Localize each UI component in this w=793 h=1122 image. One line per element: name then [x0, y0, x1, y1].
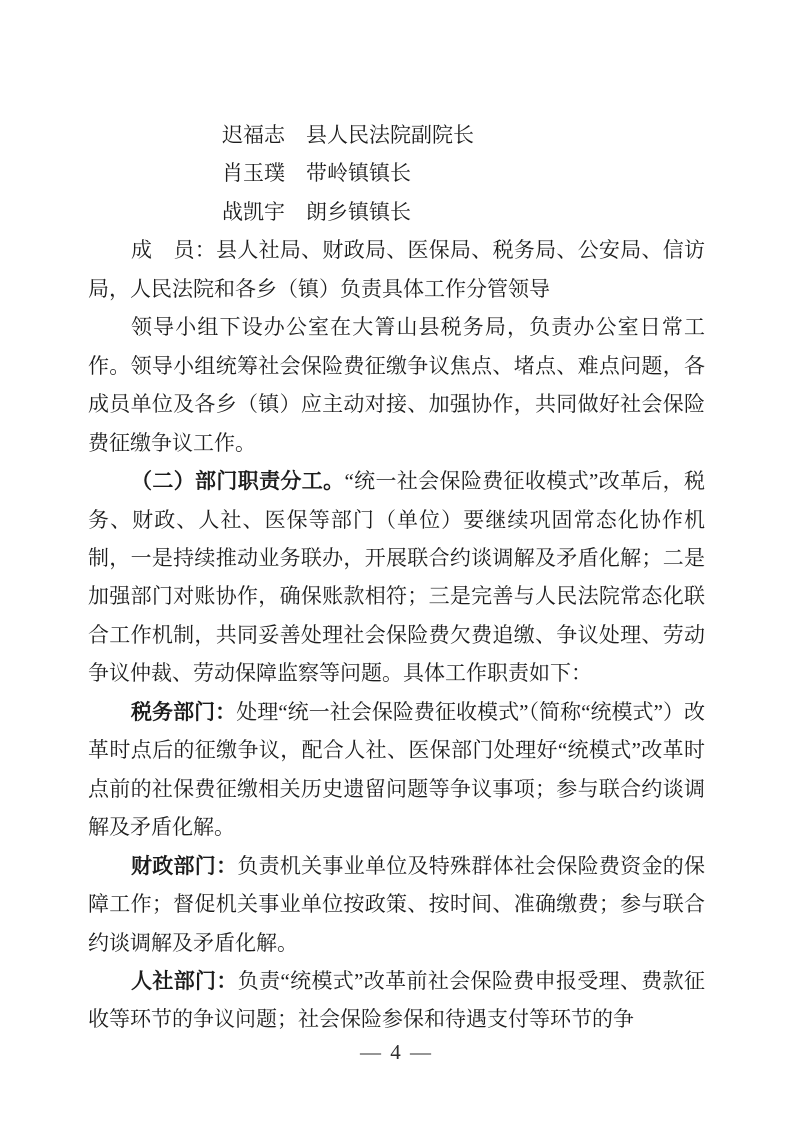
person-name: 战凯宇 [222, 193, 285, 231]
paragraph-lead: 财政部门： [131, 854, 237, 878]
person-title: 朗乡镇镇长 [306, 200, 411, 224]
paragraph-lead: （二）部门职责分工。 [131, 469, 344, 493]
paragraph-office: 领导小组下设办公室在大箐山县税务局，负责办公室日常工作。领导小组统筹社会保险费征… [88, 308, 705, 462]
person-title: 县人民法院副院长 [306, 123, 474, 147]
paragraph-text: 成 员：县人社局、财政局、医保局、税务局、公安局、信访局，人民法院和各乡（镇）负… [88, 238, 705, 300]
page-footer: — 4 — [0, 1040, 793, 1065]
paragraph-finance-dept: 财政部门：负责机关事业单位及特殊群体社会保险费资金的保障工作；督促机关事业单位按… [88, 847, 705, 962]
document-page: 迟福志县人民法院副院长 肖玉璞带岭镇镇长 战凯宇朗乡镇镇长 成 员：县人社局、财… [0, 0, 793, 1122]
person-title: 带岭镇镇长 [306, 161, 411, 185]
paragraph-tax-dept: 税务部门：处理“统一社会保险费征收模式”（简称“统模式”）改革时点后的征缴争议，… [88, 693, 705, 847]
name-line: 肖玉璞带岭镇镇长 [88, 154, 705, 192]
name-line: 战凯宇朗乡镇镇长 [88, 193, 705, 231]
paragraph-text: 领导小组下设办公室在大箐山县税务局，负责办公室日常工作。领导小组统筹社会保险费征… [88, 315, 705, 454]
person-name: 肖玉璞 [222, 154, 285, 192]
page-number: — 4 — [360, 1040, 433, 1064]
person-name: 迟福志 [222, 116, 285, 154]
paragraph-lead: 人社部门： [131, 969, 238, 993]
paragraph-members: 成 员：县人社局、财政局、医保局、税务局、公安局、信访局，人民法院和各乡（镇）负… [88, 231, 705, 308]
paragraph-hr-dept: 人社部门：负责“统模式”改革前社会保险费申报受理、费款征收等环节的争议问题；社会… [88, 962, 705, 1039]
name-line: 迟福志县人民法院副院长 [88, 116, 705, 154]
paragraph-duty-division: （二）部门职责分工。“统一社会保险费征收模式”改革后，税务、财政、人社、医保等部… [88, 462, 705, 693]
document-body: 迟福志县人民法院副院长 肖玉璞带岭镇镇长 战凯宇朗乡镇镇长 成 员：县人社局、财… [88, 116, 705, 1039]
paragraph-lead: 税务部门： [131, 700, 236, 724]
paragraph-text: “统一社会保险费征收模式”改革后，税务、财政、人社、医保等部门（单位）要继续巩固… [88, 469, 705, 685]
